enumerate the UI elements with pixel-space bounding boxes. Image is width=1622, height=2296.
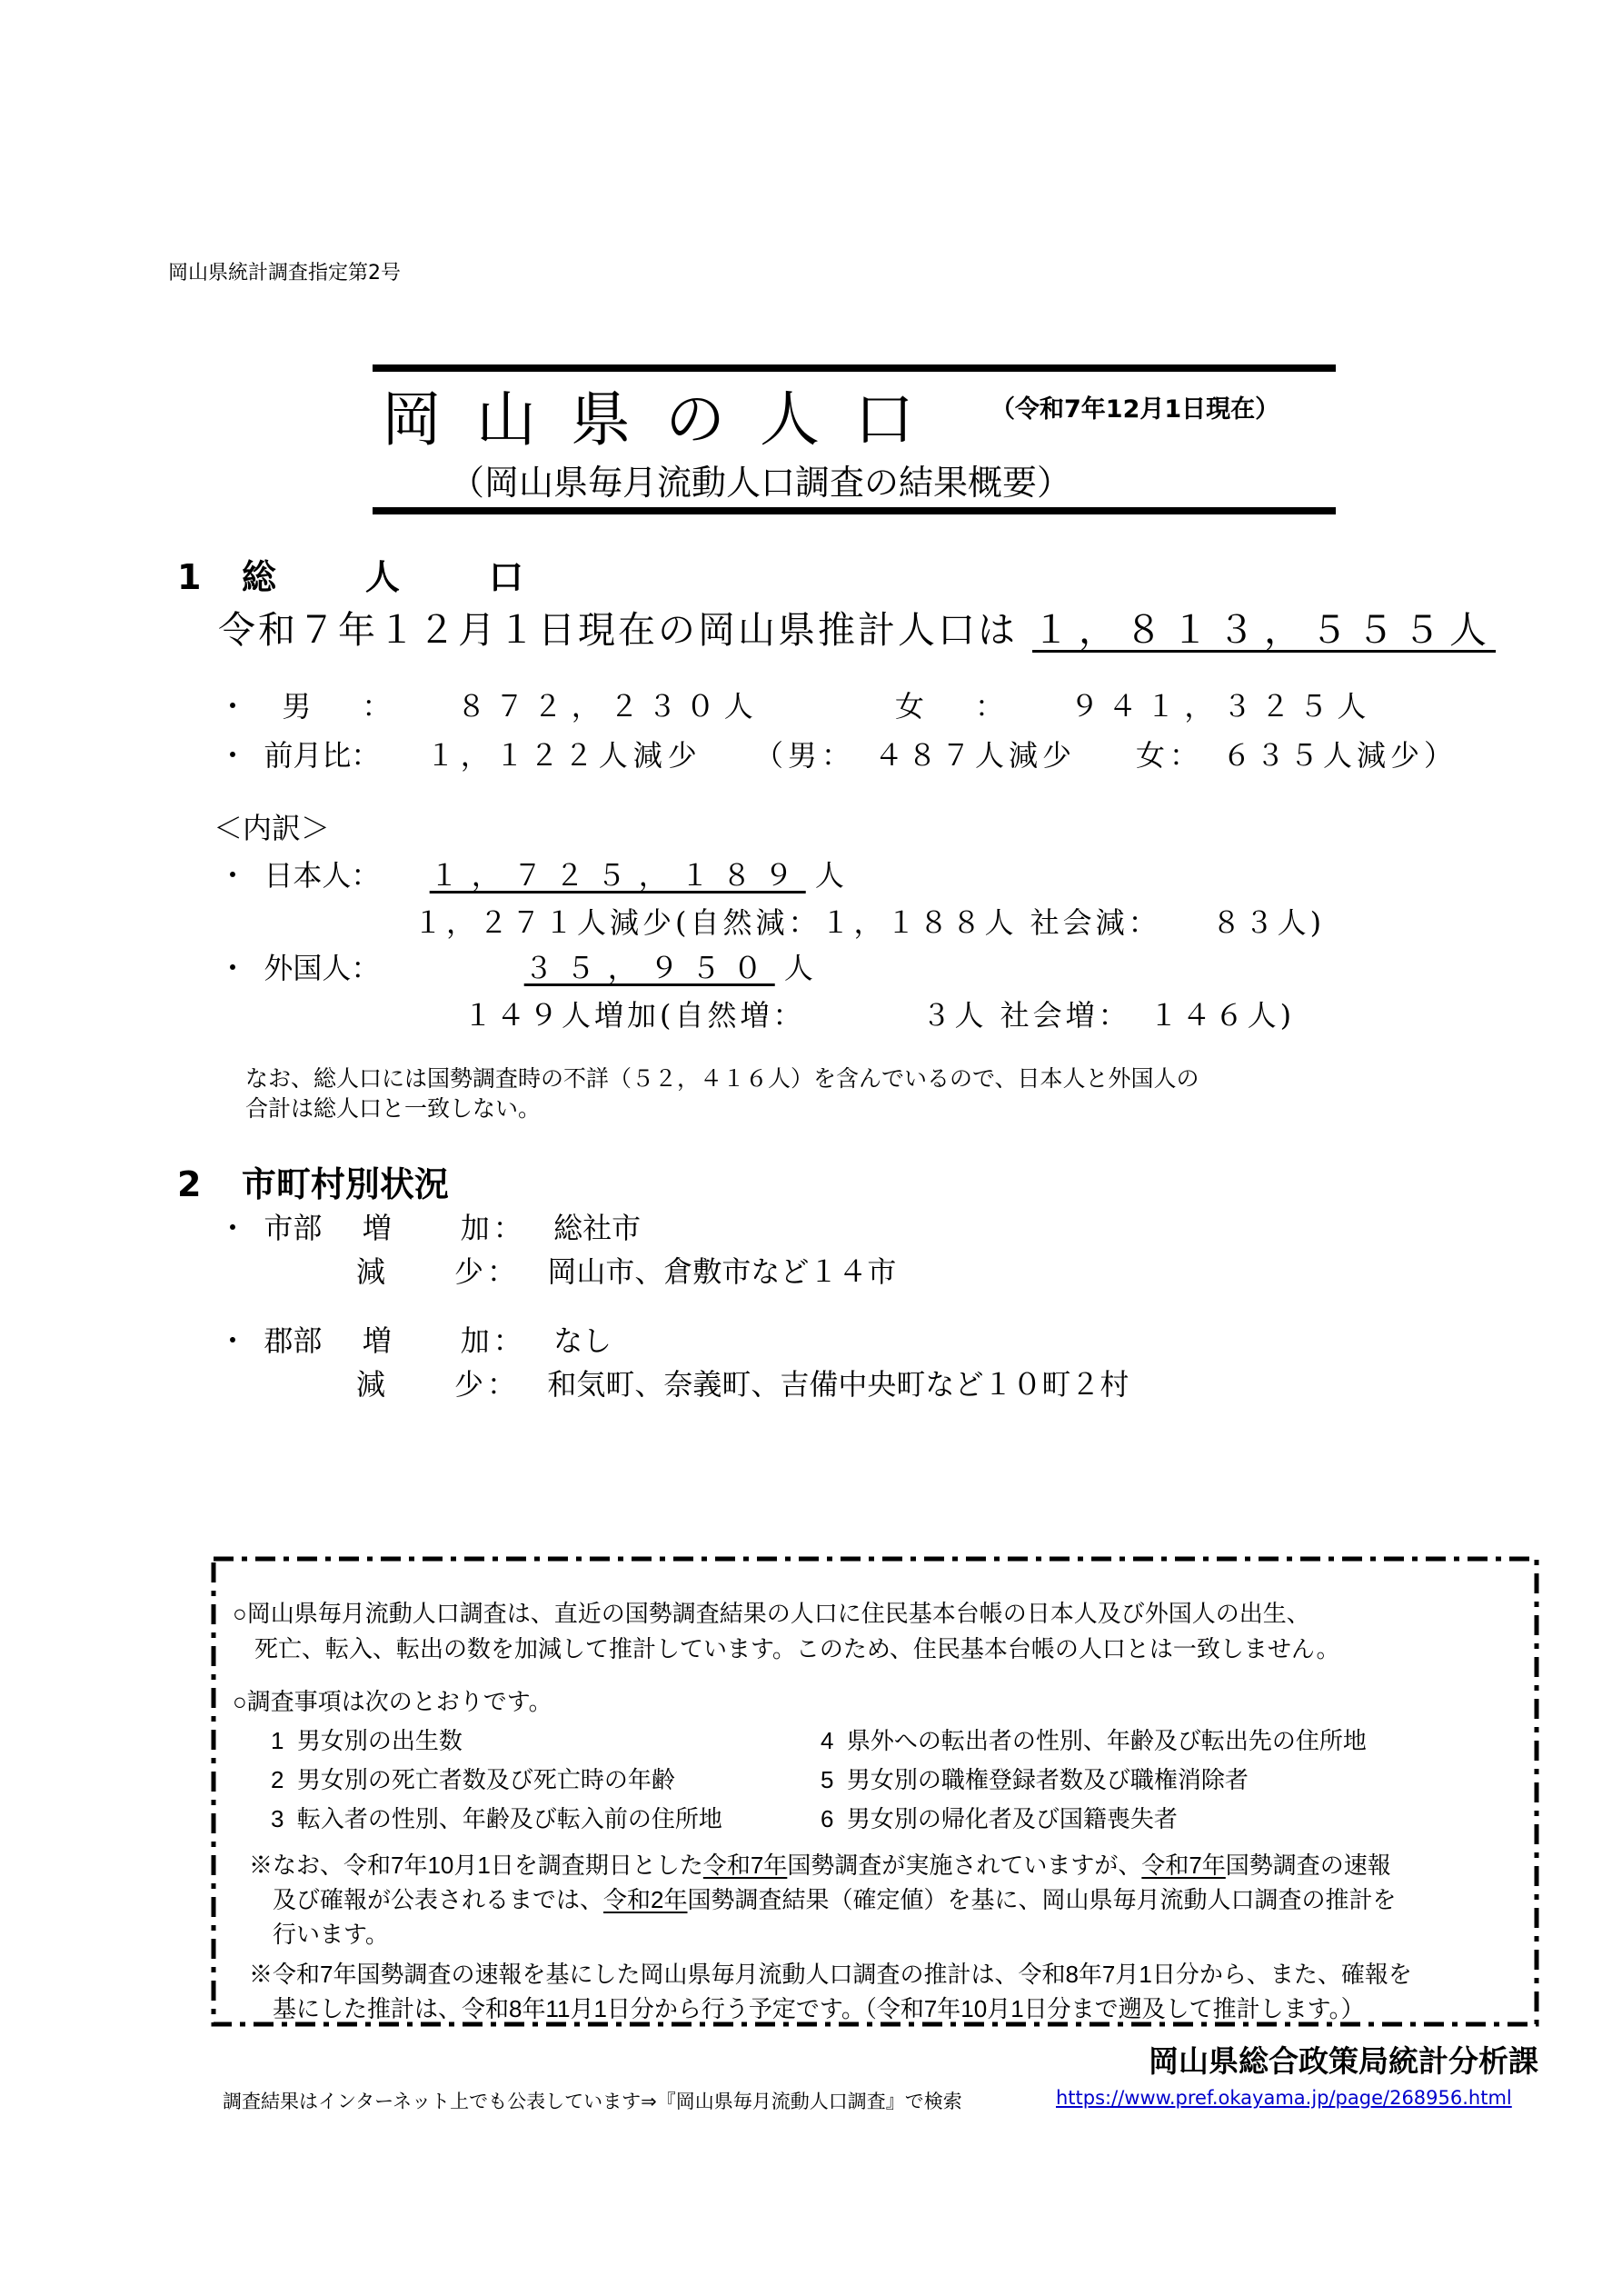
female-value: ９４１，３２５人 xyxy=(1070,689,1375,724)
district-decrease-value: 和気町、奈義町、吉備中央町など１０町２村 xyxy=(547,1367,1129,1402)
census-note-line1: ※なお、令和7年10月1日を調査期日とした令和7年国勢調査が実施されていますが、… xyxy=(249,1847,1391,1881)
monthly-value: １，１２２人減少 xyxy=(426,738,702,773)
statistics-designation: 岡山県統計調査指定第2号 xyxy=(168,257,401,285)
foreign-value: ３５，９５０ xyxy=(524,951,775,985)
underlined-census-year: 令和7年 xyxy=(703,1852,787,1879)
survey-item-6: 6 男女別の帰化者及び国籍喪失者 xyxy=(821,1801,1178,1834)
city-decrease-row: 減 少： 岡山市、倉敷市など１４市 xyxy=(356,1249,896,1291)
note-line-2: 合計は総人口と一致しない。 xyxy=(245,1093,1427,1123)
total-population-line: 令和７年１２月１日現在の岡山県推計人口は １，８１３，５５５人 xyxy=(218,600,1496,654)
survey-item-5: 5 男女別の職権登録者数及び職権消除者 xyxy=(821,1762,1249,1795)
info-para1-line2: 死亡、転入、転出の数を加減して推計しています。このため、住民基本台帳の人口とは一… xyxy=(254,1631,1339,1664)
foreign-unit: 人 xyxy=(784,951,813,985)
bullet: ・ xyxy=(218,733,236,774)
district-decrease-row: 減 少： 和気町、奈義町、吉備中央町など１０町２村 xyxy=(356,1362,1129,1403)
survey-item-4: 4 県外への転出者の性別、年齢及び転出先の住所地 xyxy=(821,1722,1367,1756)
foreign-change: １４９人増加(自然増： ３人 社会増： １４６人) xyxy=(463,993,1295,1034)
info-para1-line1: ○岡山県毎月流動人口調査は、直近の国勢調査結果の人口に住民基本台帳の日本人及び外… xyxy=(233,1595,1310,1629)
bullet: ・ xyxy=(218,1205,236,1247)
breakdown-label: ＜内訳＞ xyxy=(214,805,330,847)
city-label: 市部 xyxy=(264,1211,322,1245)
note-line-1: なお、総人口には国勢調査時の不詳（５２，４１６人）を含んでいるので、日本人と外国… xyxy=(245,1063,1427,1093)
page-subtitle: （岡山県毎月流動人口調査の結果概要） xyxy=(450,454,1071,504)
survey-info-box: ○岡山県毎月流動人口調査は、直近の国勢調査結果の人口に住民基本台帳の日本人及び外… xyxy=(211,1556,1539,2027)
japanese-value: １，７２５，１８９ xyxy=(430,858,806,893)
section2-title: 市町村別状況 xyxy=(242,1164,449,1204)
section2-heading: 2 市町村別状況 xyxy=(177,1156,449,1206)
page-title: 岡山県の人口 xyxy=(382,371,949,457)
male-label: 男 ： xyxy=(282,689,402,724)
foreign-label: 外国人： xyxy=(264,951,380,985)
census-note-line2: 及び確報が公表されるまでは、令和2年国勢調査結果（確定値）を基に、岡山県毎月流動… xyxy=(273,1882,1397,1915)
bullet: ・ xyxy=(218,1318,236,1360)
district-increase-value: なし xyxy=(553,1323,612,1358)
total-population-value: １，８１３，５５５人 xyxy=(1032,608,1496,652)
increase-label: 増 加： xyxy=(363,1211,526,1245)
survey-item-2: 2 男女別の死亡者数及び死亡時の年齢 xyxy=(271,1762,675,1795)
census-note-line3: 行います。 xyxy=(273,1916,389,1950)
underlined-census-year: 令和2年 xyxy=(603,1886,687,1913)
japanese-change: １，２７１人減少(自然減：１，１８８人 社会減： ８３人) xyxy=(413,900,1325,942)
city-increase-row: ・ 市部 増 加： 総社市 xyxy=(218,1205,641,1247)
survey-item-3: 3 転入者の性別、年齢及び転入前の住所地 xyxy=(271,1801,722,1834)
city-decrease-value: 岡山市、倉敷市など１４市 xyxy=(547,1254,896,1289)
organization-name: 岡山県総合政策局統計分析課 xyxy=(1149,2038,1538,2081)
monthly-female: 女： ６３５人減少） xyxy=(1136,733,1458,774)
section2-number: 2 xyxy=(177,1164,201,1204)
monthly-label: 前月比： xyxy=(264,738,380,773)
city-increase-value: 総社市 xyxy=(553,1211,641,1245)
increase-label: 増 加： xyxy=(363,1323,526,1358)
title-date: （令和7年12月1日現在） xyxy=(990,389,1279,424)
items-heading: ○調査事項は次のとおりです。 xyxy=(233,1683,552,1717)
population-note: なお、総人口には国勢調査時の不詳（５２，４１６人）を含んでいるので、日本人と外国… xyxy=(245,1063,1427,1123)
decrease-label: 減 少： xyxy=(356,1254,520,1289)
female-group: 女 ： ９４１，３２５人 xyxy=(895,684,1375,725)
bullet: ・ xyxy=(218,945,236,987)
bullet: ・ xyxy=(218,853,236,894)
section1-heading: 1 総 人 口 xyxy=(177,549,551,599)
estimate-note-line2: 基にした推計は、令和8年11月1日分から行う予定です。（令和7年10月1日分まで… xyxy=(273,1991,1365,2024)
japanese-row: ・ 日本人： １，７２５，１８９ 人 xyxy=(218,853,844,894)
decrease-label: 減 少： xyxy=(356,1367,520,1402)
underlined-census-year: 令和7年 xyxy=(1141,1852,1225,1879)
search-note: 調査結果はインターネット上でも公表しています⇒『岡山県毎月流動人口調査』で検索 xyxy=(223,2087,962,2114)
monthly-change-row: ・ 前月比： １，１２２人減少 xyxy=(218,733,702,774)
male-value: ８７２，２３０人 xyxy=(457,689,762,724)
foreign-row: ・ 外国人： ３５，９５０ 人 xyxy=(218,945,813,987)
section1-title: 総 人 口 xyxy=(242,557,551,597)
district-label: 郡部 xyxy=(264,1323,322,1358)
female-label: 女 ： xyxy=(895,689,1015,724)
survey-item-1: 1 男女別の出生数 xyxy=(271,1722,463,1756)
district-increase-row: ・ 郡部 増 加： なし xyxy=(218,1318,612,1360)
survey-results-link[interactable]: https://www.pref.okayama.jp/page/268956.… xyxy=(1056,2087,1512,2109)
section1-number: 1 xyxy=(177,557,201,597)
estimate-note-line1: ※令和7年国勢調査の速報を基にした岡山県毎月流動人口調査の推計は、令和8年7月1… xyxy=(249,1956,1412,1990)
title-bottom-rule xyxy=(373,507,1336,514)
japanese-label: 日本人： xyxy=(264,858,380,893)
bullet: ・ xyxy=(218,684,236,725)
total-population-prefix: 令和７年１２月１日現在の岡山県推計人口は xyxy=(218,608,1018,652)
male-female-row: ・ 男 ： ８７２，２３０人 xyxy=(218,684,762,725)
japanese-unit: 人 xyxy=(815,858,844,893)
monthly-male: （男： ４８７人減少 xyxy=(754,733,1076,774)
